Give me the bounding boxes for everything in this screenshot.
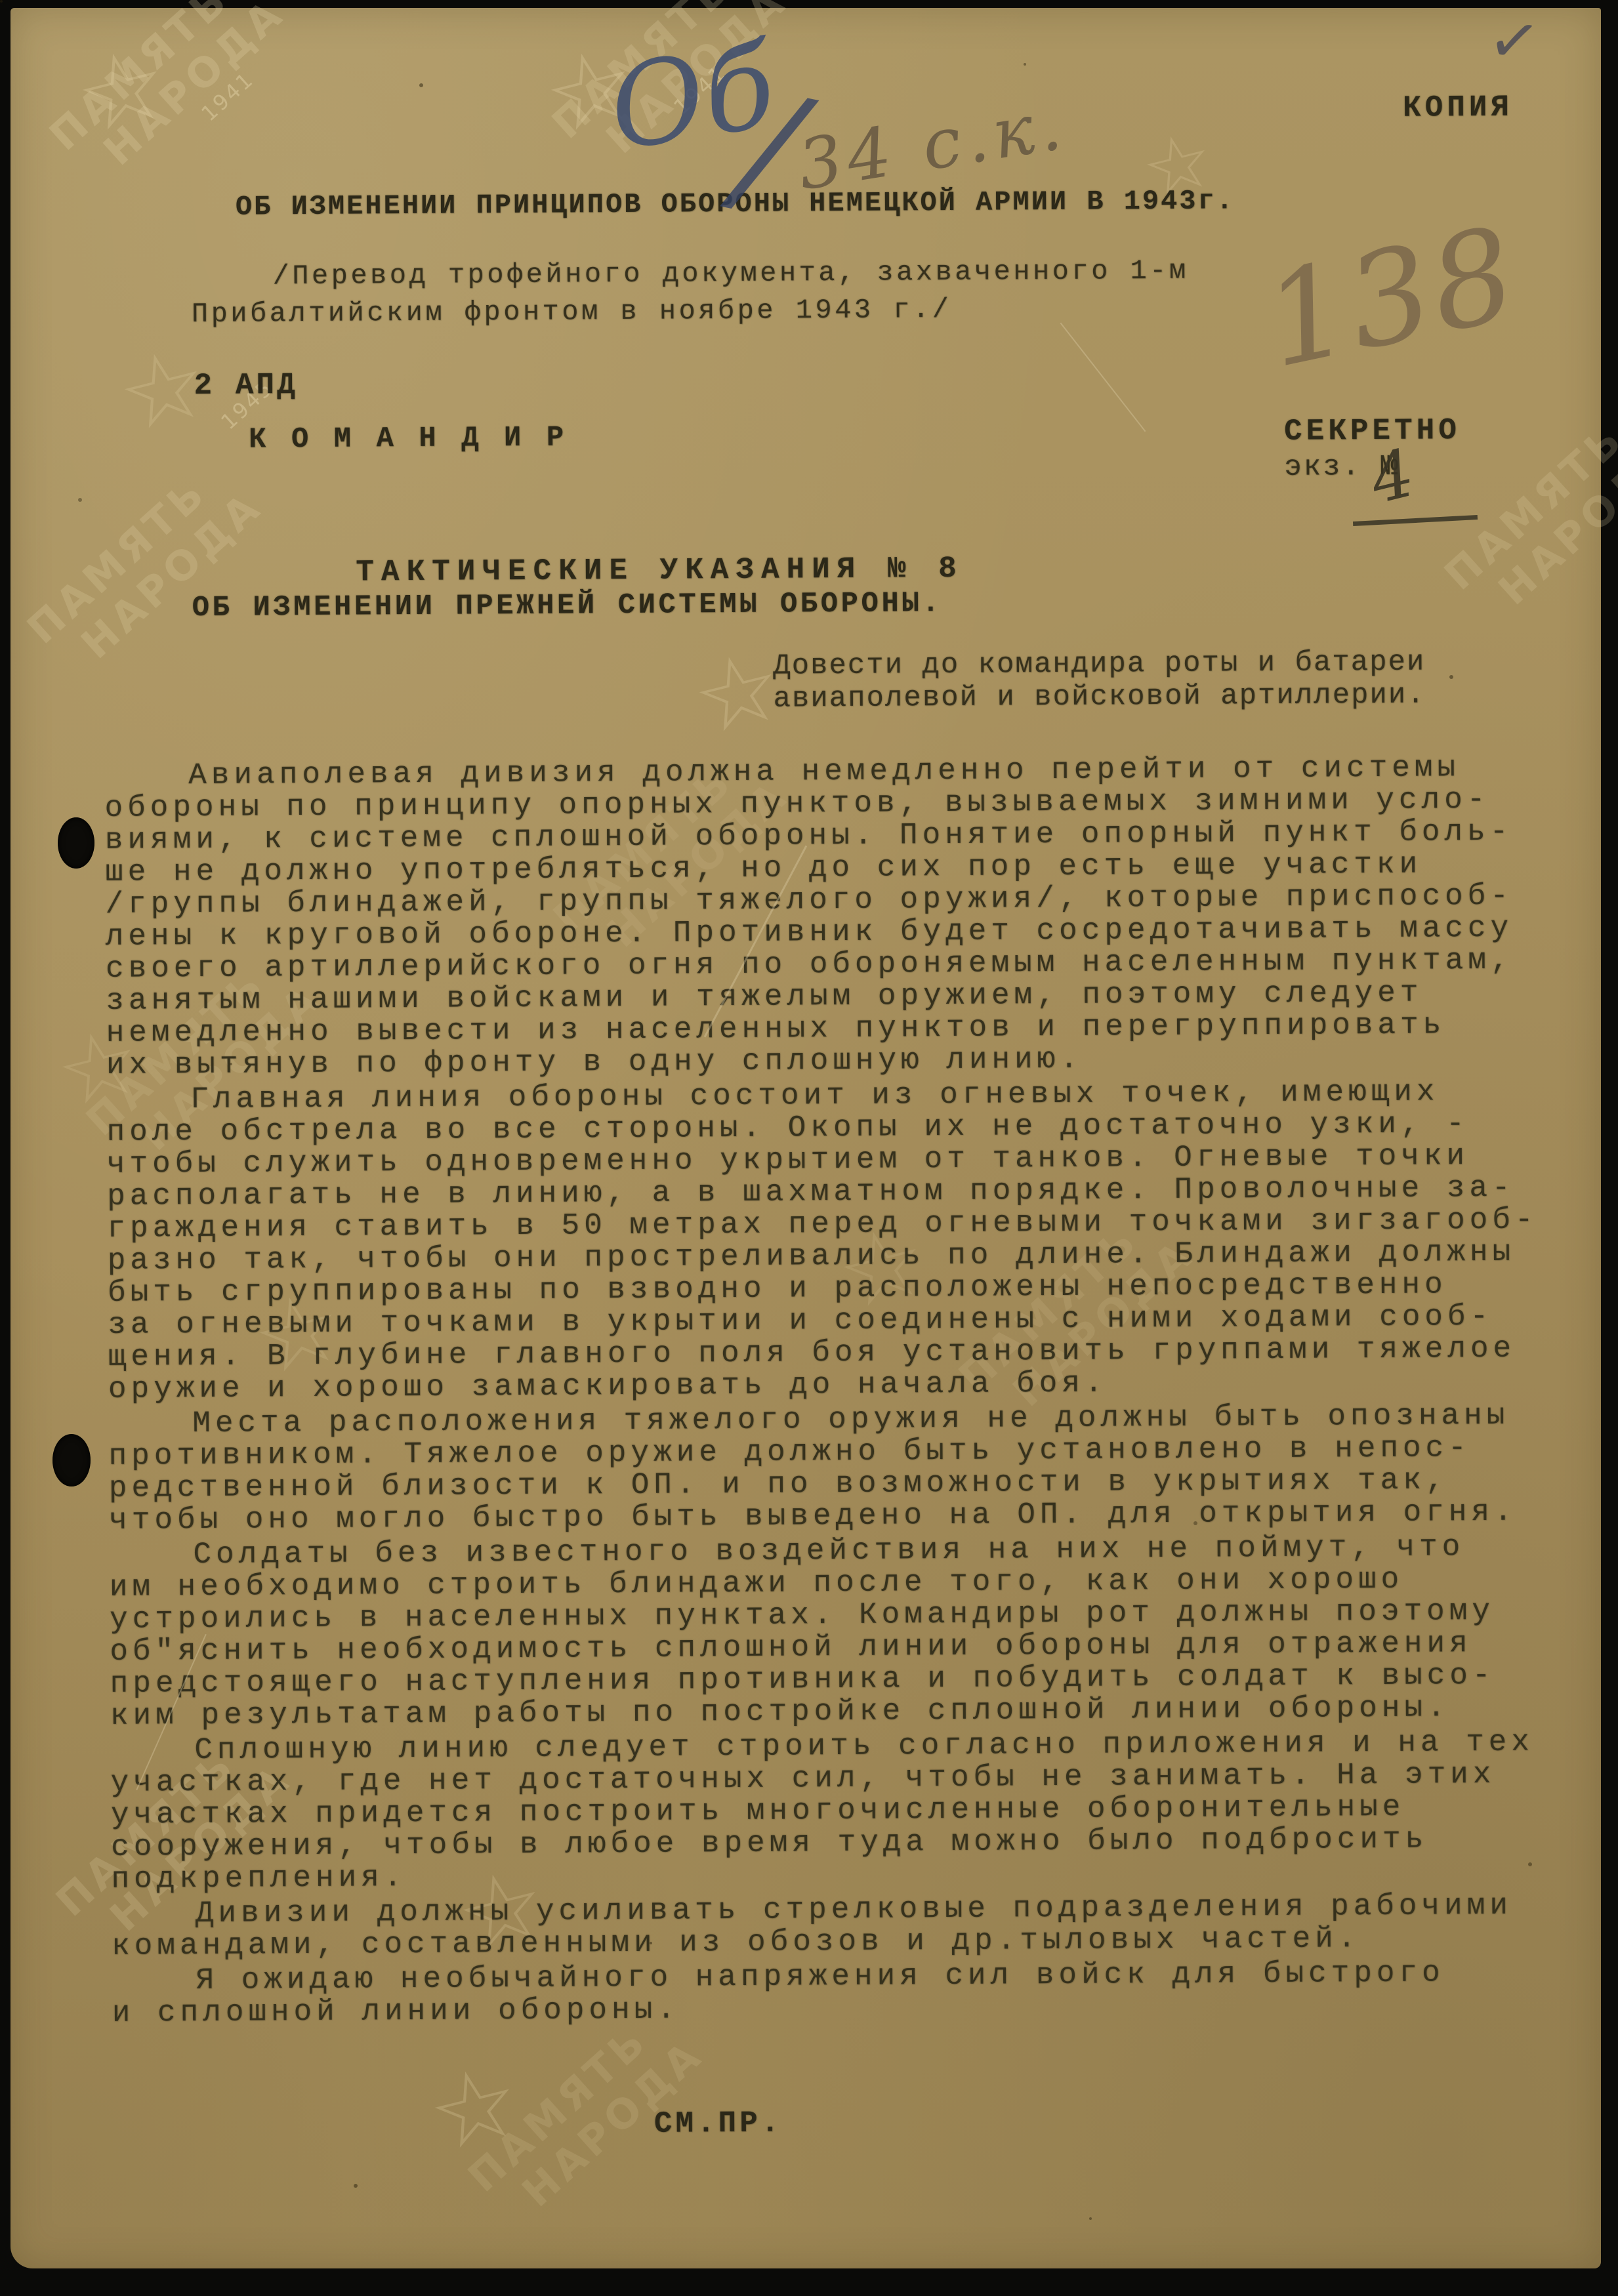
paper-scratch: [1060, 323, 1146, 432]
paper-specks: [0, 0, 3, 3]
scanned-document-page: ПАМЯТЬНАРОДАПАМЯТЬНАРОДАПАМЯТЬНАРОДАПАМЯ…: [0, 0, 1618, 2296]
hole-punch-bottom: [52, 1434, 91, 1486]
paper-scratch: [704, 846, 808, 1038]
artifact-layer: [0, 0, 1618, 2296]
hole-punch-top: [58, 817, 94, 869]
paper-scratch: [136, 1634, 207, 1790]
